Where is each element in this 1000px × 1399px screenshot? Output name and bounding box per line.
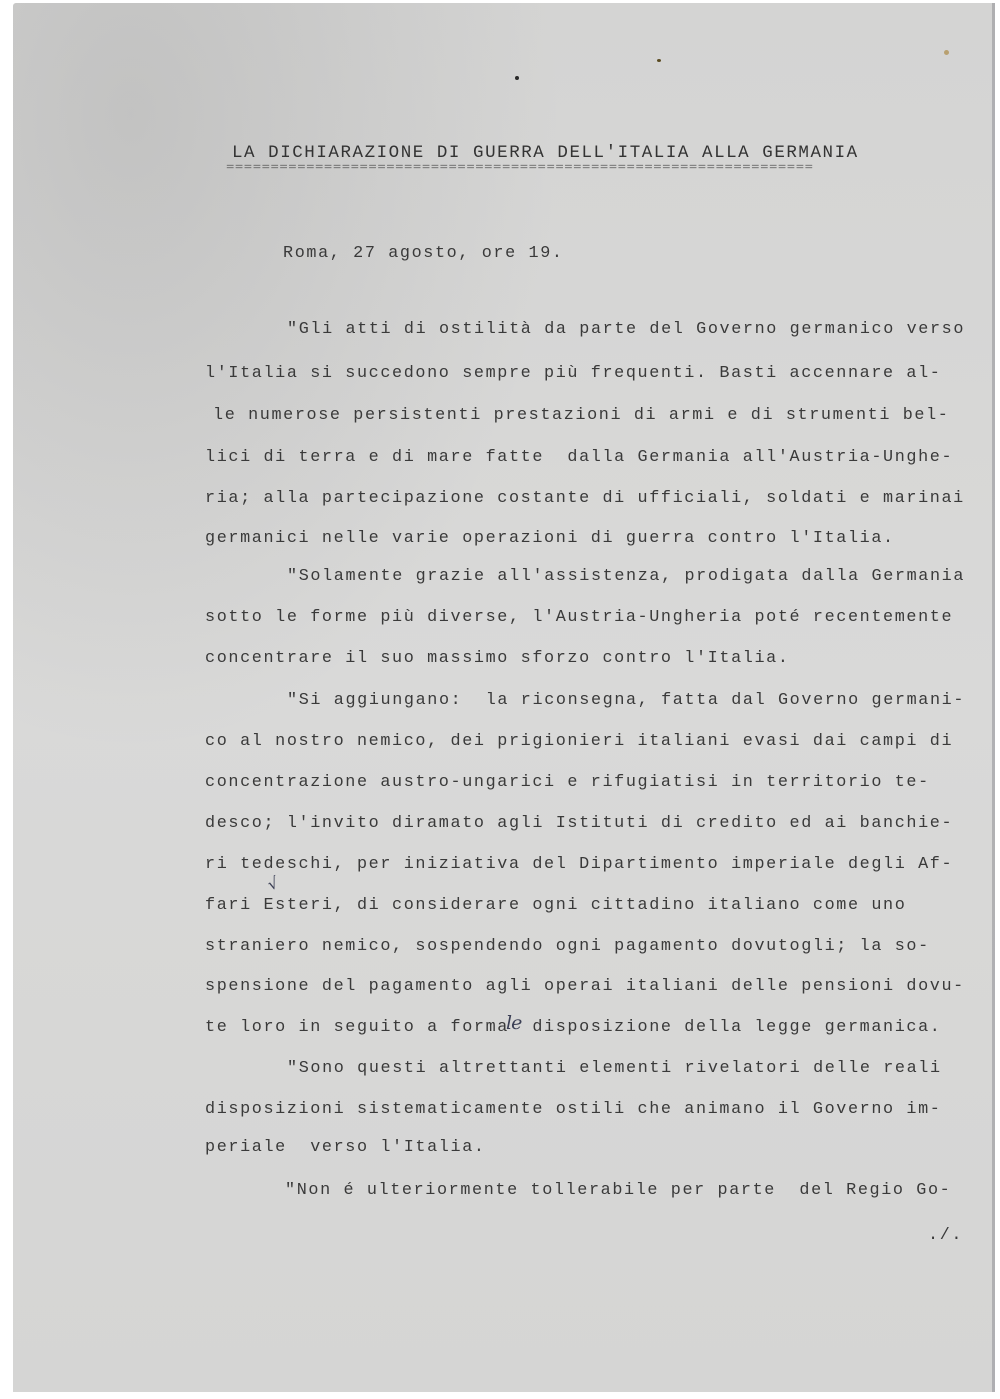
text-line: concentrare il suo massimo sforzo contro… [205,651,790,668]
dateline: Roma, 27 agosto, ore 19. [283,246,564,263]
handwritten-insertion: le [506,1014,521,1033]
continuation-mark: ./. [928,1228,963,1245]
text-line: concentrazione austro-ungarici e rifugia… [205,775,930,792]
text-line: "Si aggiungano: la riconsegna, fatta dal… [287,693,965,710]
document-title: LA DICHIARAZIONE DI GUERRA DELL'ITALIA A… [232,145,859,163]
title-double-underline: ========================================… [226,163,814,173]
text-line: "Solamente grazie all'assistenza, prodig… [287,569,965,586]
text-line: desco; l'invito diramato agli Istituti d… [205,816,953,833]
text-line: l'Italia si succedono sempre più frequen… [205,366,942,383]
text-line: lici di terra e di mare fatte dalla Germ… [205,450,953,467]
text-line: spensione del pagamento agli operai ital… [205,979,965,996]
text-line: ria; alla partecipazione costante di uff… [205,491,965,508]
dust-speck [657,59,661,62]
dust-speck [515,76,519,80]
text-line: disposizioni sistematicamente ostili che… [205,1102,942,1119]
text-line: ri tedeschi, per iniziativa del Dipartim… [205,857,953,874]
text-line: "Gli atti di ostilità da parte del Gover… [287,322,965,339]
text-line: sotto le forme più diverse, l'Austria-Un… [205,610,953,627]
dust-speck [944,50,949,55]
text-line: periale verso l'Italia. [205,1140,486,1157]
page-edge-shadow [992,3,995,1392]
text-line: fari Esteri, di considerare ogni cittadi… [205,898,906,915]
text-line: straniero nemico, sospendendo ogni pagam… [205,939,930,956]
text-line: "Non é ulteriormente tollerabile per par… [285,1183,951,1200]
text-line: co al nostro nemico, dei prigionieri ita… [205,734,953,751]
text-line: le numerose persistenti prestazioni di a… [213,408,950,425]
text-line: germanici nelle varie operazioni di guer… [205,531,895,548]
text-line: "Sono questi altrettanti elementi rivela… [287,1061,942,1078]
text-line: te loro in seguito a forma disposizione … [205,1020,942,1037]
